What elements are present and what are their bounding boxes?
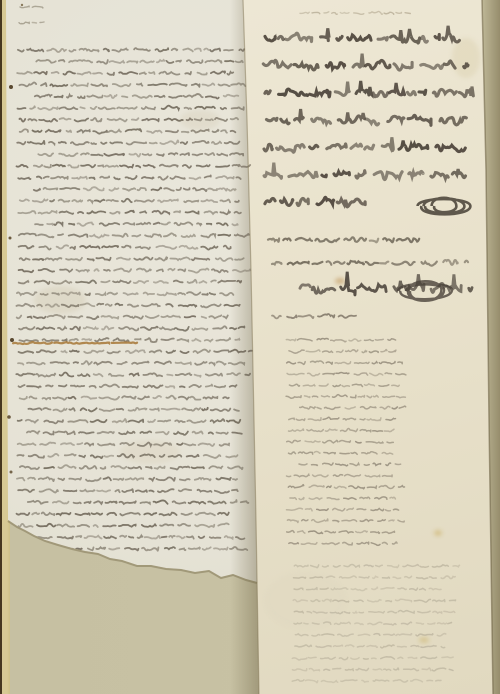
handwriting-layer — [0, 0, 500, 694]
manuscript-scan: Scanned archival page: two overlapping s… — [0, 0, 500, 694]
